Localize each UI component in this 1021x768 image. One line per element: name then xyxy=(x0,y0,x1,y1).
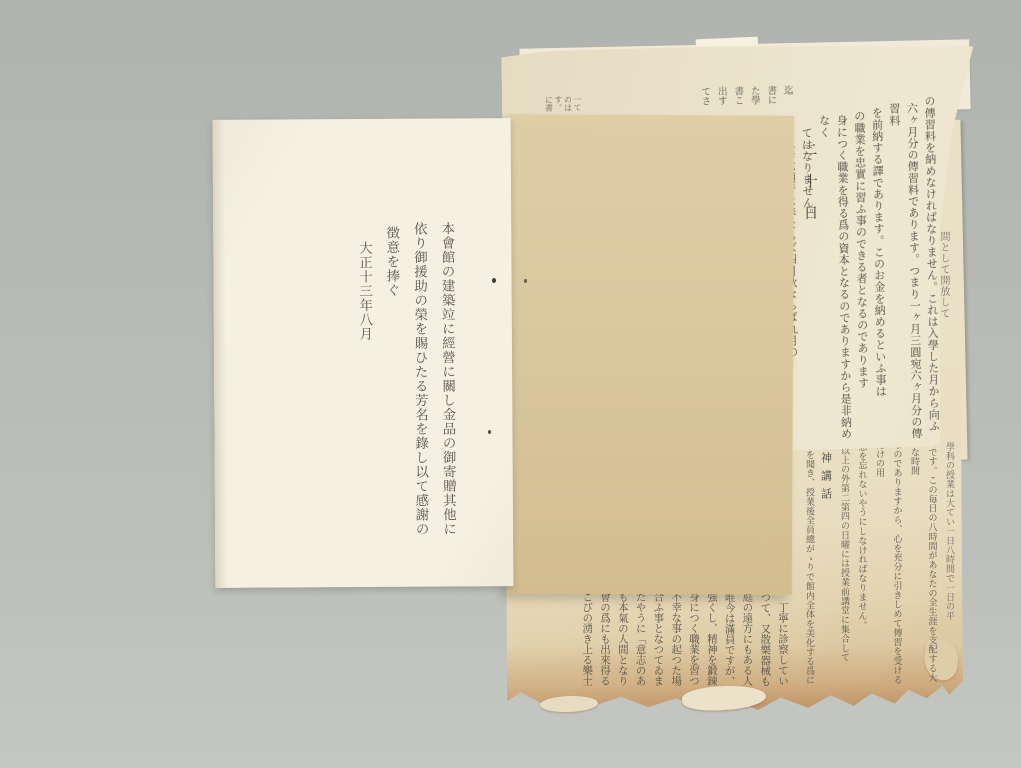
blank-cover-sheet xyxy=(507,114,795,594)
text-column: を聞き、授業後全員總がゝりで館内全体を美化する爲に大掃除を xyxy=(797,424,817,688)
text-column: 依り御援助の榮を賜ひたる芳名を錄し以て感謝の xyxy=(404,222,434,557)
text-column: 徴意を捧ぐ xyxy=(377,222,407,557)
under-page-edge-column: 間として開放して xyxy=(936,231,951,351)
text-column: 六ヶ月分の傳習料であります。つまり一ヶ月三圓宛六ヶ月分の傳習料 xyxy=(885,89,925,449)
text-column: 意を忘れないやうにしなければなりません。 xyxy=(852,424,870,688)
speck-mark xyxy=(492,278,496,283)
day-heading: 二十日 xyxy=(799,142,821,237)
lower-page-text-columns: 學科の授業は大てい一日八時間で一日の平均です。この毎日の八時間があなたの全生涯を… xyxy=(797,424,957,688)
text-column: 迄 xyxy=(778,85,795,119)
text-column: なのでありますから、心を充分に引きしめて傳習を受けるだけの用 xyxy=(870,424,905,688)
text-column: 書に xyxy=(762,85,779,119)
text-column: 大正十三年八月 xyxy=(349,222,379,557)
text-column: 精神講話 xyxy=(817,424,835,688)
text-column: 學科の授業は大てい一日八時間で一日の平 xyxy=(940,424,958,688)
booklet-dedication-text: 本會館の建築竝に經營に關し金品の御寄贈其他に依り御援助の榮を賜ひたる芳名を錄し以… xyxy=(349,221,461,557)
text-column: 身につく職業を得る爲の資本となるのでありますから是非納めなく xyxy=(815,90,855,450)
speck-mark xyxy=(524,279,527,283)
booklet-page: 本會館の建築竝に經營に關し金品の御寄贈其他に依り御援助の榮を賜ひたる芳名を錄し以… xyxy=(213,118,514,588)
photo-background: 學科の授業は大てい一日八時間で一日の平均です。この毎日の八時間があなたの全生涯を… xyxy=(0,0,1021,768)
text-column: 以上の外第二第四の日曜には授業前講堂に集合して xyxy=(835,424,853,688)
text-column: 本會館の建築竝に經營に關し金品の御寄贈其他に xyxy=(432,221,462,556)
speck-mark xyxy=(488,430,491,434)
text-column: 均です。この毎日の八時間があなたの全生涯を支配する大切な時間 xyxy=(905,424,940,688)
